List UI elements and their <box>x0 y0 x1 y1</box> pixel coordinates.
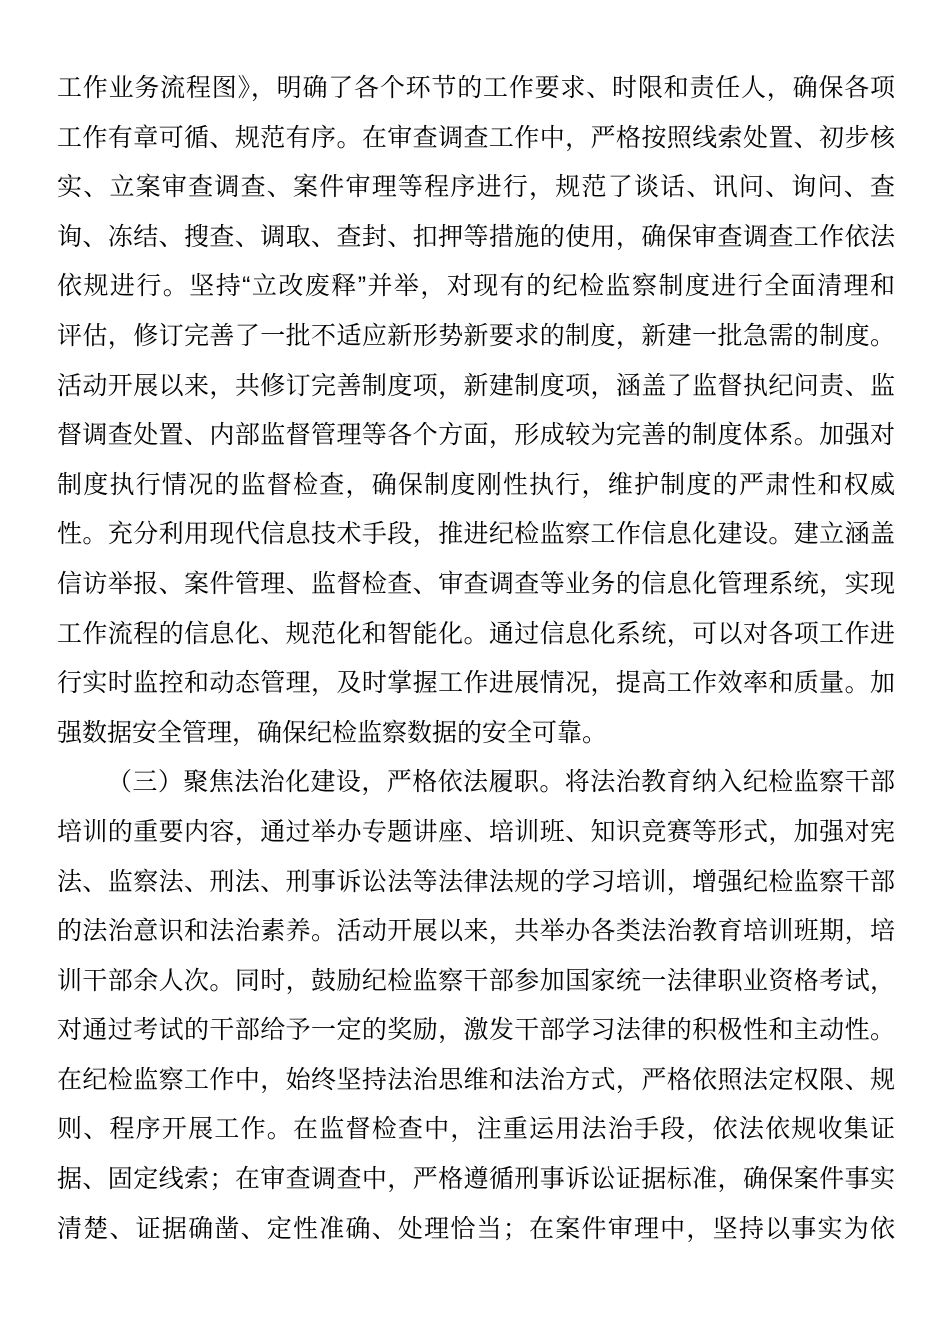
text-line: 信访举报、案件管理、监督检查、审查调查等业务的信息化管理系统，实现 <box>57 560 895 610</box>
text-line: 工作业务流程图》，明确了各个环节的工作要求、时限和责任人，确保各项 <box>57 64 895 114</box>
paragraph: （三）聚焦法治化建设，严格依法履职。将法治教育纳入纪检监察干部培训的重要内容，通… <box>57 758 895 1254</box>
text-line: 督调查处置、内部监督管理等各个方面，形成较为完善的制度体系。加强对 <box>57 411 895 461</box>
text-line: 强数据安全管理，确保纪检监察数据的安全可靠。 <box>57 709 895 759</box>
text-line: 评估，修订完善了一批不适应新形势新要求的制度，新建一批急需的制度。 <box>57 312 895 362</box>
text-line: （三）聚焦法治化建设，严格依法履职。将法治教育纳入纪检监察干部 <box>57 758 895 808</box>
text-line: 依规进行。坚持“立改废释”并举，对现有的纪检监察制度进行全面清理和 <box>57 262 895 312</box>
text-line: 法、监察法、刑法、刑事诉讼法等法律法规的学习培训，增强纪检监察干部 <box>57 858 895 908</box>
document-page: 工作业务流程图》，明确了各个环节的工作要求、时限和责任人，确保各项工作有章可循、… <box>57 64 895 1254</box>
text-line: 活动开展以来，共修订完善制度项，新建制度项，涵盖了监督执纪问责、监 <box>57 362 895 412</box>
paragraph: 工作业务流程图》，明确了各个环节的工作要求、时限和责任人，确保各项工作有章可循、… <box>57 64 895 758</box>
text-line: 清楚、证据确凿、定性准确、处理恰当；在案件审理中，坚持以事实为依 <box>57 1205 895 1255</box>
text-line: 培训的重要内容，通过举办专题讲座、培训班、知识竞赛等形式，加强对宪 <box>57 808 895 858</box>
text-line: 训干部余人次。同时，鼓励纪检监察干部参加国家统一法律职业资格考试， <box>57 957 895 1007</box>
text-line: 行实时监控和动态管理，及时掌握工作进展情况，提高工作效率和质量。加 <box>57 659 895 709</box>
text-line: 询、冻结、搜查、调取、查封、扣押等措施的使用，确保审查调查工作依法 <box>57 213 895 263</box>
document-background: { "page": { "background_color": "#ffffff… <box>0 0 950 1344</box>
text-line: 则、程序开展工作。在监督检查中，注重运用法治手段，依法依规收集证 <box>57 1105 895 1155</box>
text-line: 在纪检监察工作中，始终坚持法治思维和法治方式，严格依照法定权限、规 <box>57 1056 895 1106</box>
text-line: 工作流程的信息化、规范化和智能化。通过信息化系统，可以对各项工作进 <box>57 610 895 660</box>
text-line: 据、固定线索；在审查调查中，严格遵循刑事诉讼证据标准，确保案件事实 <box>57 1155 895 1205</box>
text-line: 性。充分利用现代信息技术手段，推进纪检监察工作信息化建设。建立涵盖 <box>57 510 895 560</box>
text-line: 制度执行情况的监督检查，确保制度刚性执行，维护制度的严肃性和权威 <box>57 461 895 511</box>
text-line: 工作有章可循、规范有序。在审查调查工作中，严格按照线索处置、初步核 <box>57 114 895 164</box>
text-line: 对通过考试的干部给予一定的奖励，激发干部学习法律的积极性和主动性。 <box>57 1006 895 1056</box>
text-line: 的法治意识和法治素养。活动开展以来，共举办各类法治教育培训班期，培 <box>57 907 895 957</box>
text-line: 实、立案审查调查、案件审理等程序进行，规范了谈话、讯问、询问、查 <box>57 163 895 213</box>
